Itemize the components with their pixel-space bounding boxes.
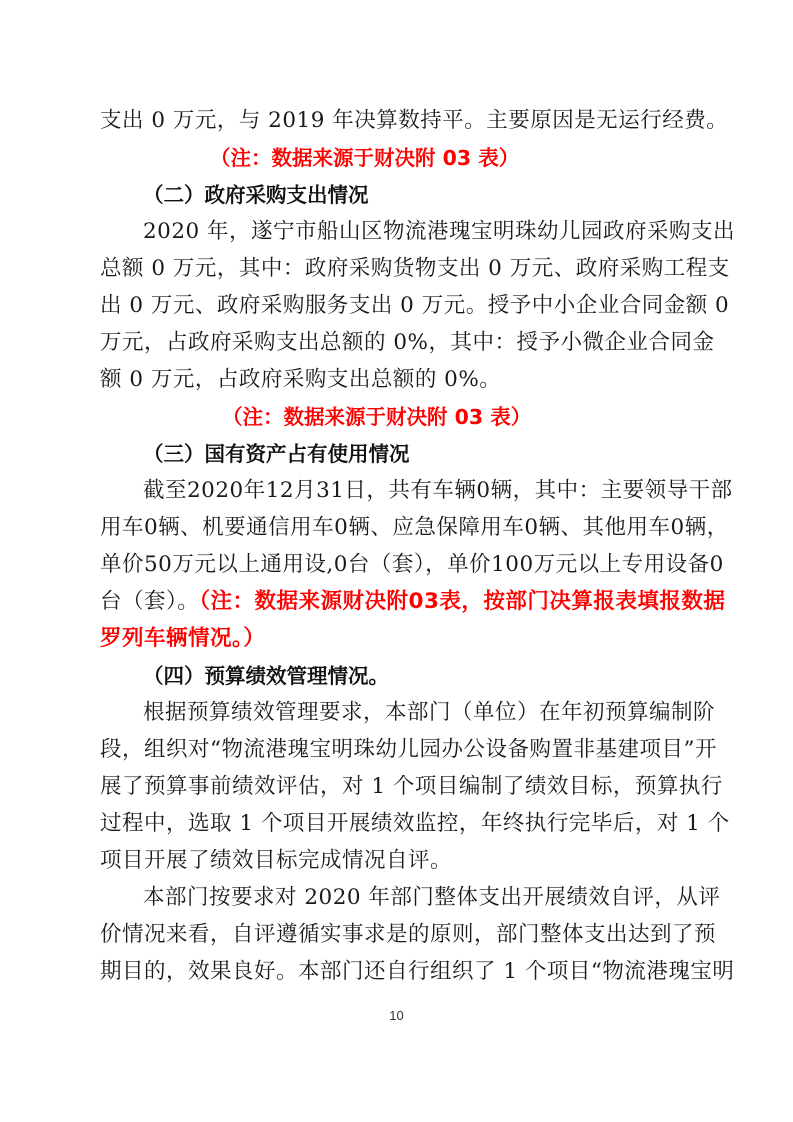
paragraph-line: 额 0 万元，占政府采购支出总额的 0%。: [100, 367, 702, 393]
paragraph-line: 用车0辆、机要通信用车0辆、应急保障用车0辆、其他用车0辆，: [100, 515, 702, 541]
paragraph-line: 台（套）。（注：数据来源财决附03表，按部门决算报表填报数据: [100, 589, 702, 615]
paragraph-text: 台（套）。: [100, 589, 199, 614]
data-source-note: （注：数据来源于财决附 03 表）: [222, 404, 531, 430]
section-heading-government-procurement: （二）政府采购支出情况: [143, 182, 369, 208]
paragraph-line: 根据预算绩效管理要求，本部门（单位）在年初预算编制阶: [143, 700, 702, 726]
section-heading-state-assets: （三）国有资产占有使用情况: [143, 441, 410, 467]
section-heading-performance-management: （四）预算绩效管理情况。: [143, 663, 389, 689]
paragraph-line: 项目开展了绩效目标完成情况自评。: [100, 848, 702, 874]
document-page: 支出 0 万元，与 2019 年决算数持平。主要原因是无运行经费。 （注：数据来…: [0, 0, 793, 1122]
paragraph-line: 单价50万元以上通用设,0台（套），单价100万元以上专用设备0: [100, 552, 702, 578]
data-source-note-continued: 罗列车辆情况。）: [100, 626, 702, 652]
paragraph-line: 价情况来看，自评遵循实事求是的原则，部门整体支出达到了预: [100, 922, 702, 948]
paragraph-line: 本部门按要求对 2020 年部门整体支出开展绩效自评，从评: [143, 885, 702, 911]
paragraph-line: 期目的，效果良好。本部门还自行组织了 1 个项目“物流港瑰宝明: [100, 959, 702, 985]
paragraph-line: 总额 0 万元，其中：政府采购货物支出 0 万元、政府采购工程支: [100, 256, 702, 282]
paragraph-line: 截至2020年12月31日，共有车辆0辆，其中：主要领导干部: [143, 478, 702, 504]
paragraph-line: 2020 年，遂宁市船山区物流港瑰宝明珠幼儿园政府采购支出: [143, 219, 702, 245]
paragraph-line: 万元，占政府采购支出总额的 0%，其中：授予小微企业合同金: [100, 330, 702, 356]
page-number: 10: [0, 1008, 793, 1023]
paragraph-line: 展了预算事前绩效评估，对 1 个项目编制了绩效目标，预算执行: [100, 774, 702, 800]
data-source-note-text: 罗列车辆情况。）: [100, 626, 265, 651]
paragraph-line: 段，组织对“物流港瑰宝明珠幼儿园办公设备购置非基建项目”开: [100, 737, 702, 763]
data-source-note: （注：数据来源于财决附 03 表）: [210, 145, 519, 171]
paragraph-line: 出 0 万元、政府采购服务支出 0 万元。授予中小企业合同金额 0: [100, 293, 702, 319]
paragraph-line: 过程中，选取 1 个项目开展绩效监控，年终执行完毕后，对 1 个: [100, 811, 702, 837]
paragraph-line: 支出 0 万元，与 2019 年决算数持平。主要原因是无运行经费。: [100, 108, 702, 134]
data-source-note-inline: （注：数据来源财决附03表，按部门决算报表填报数据: [199, 589, 725, 614]
